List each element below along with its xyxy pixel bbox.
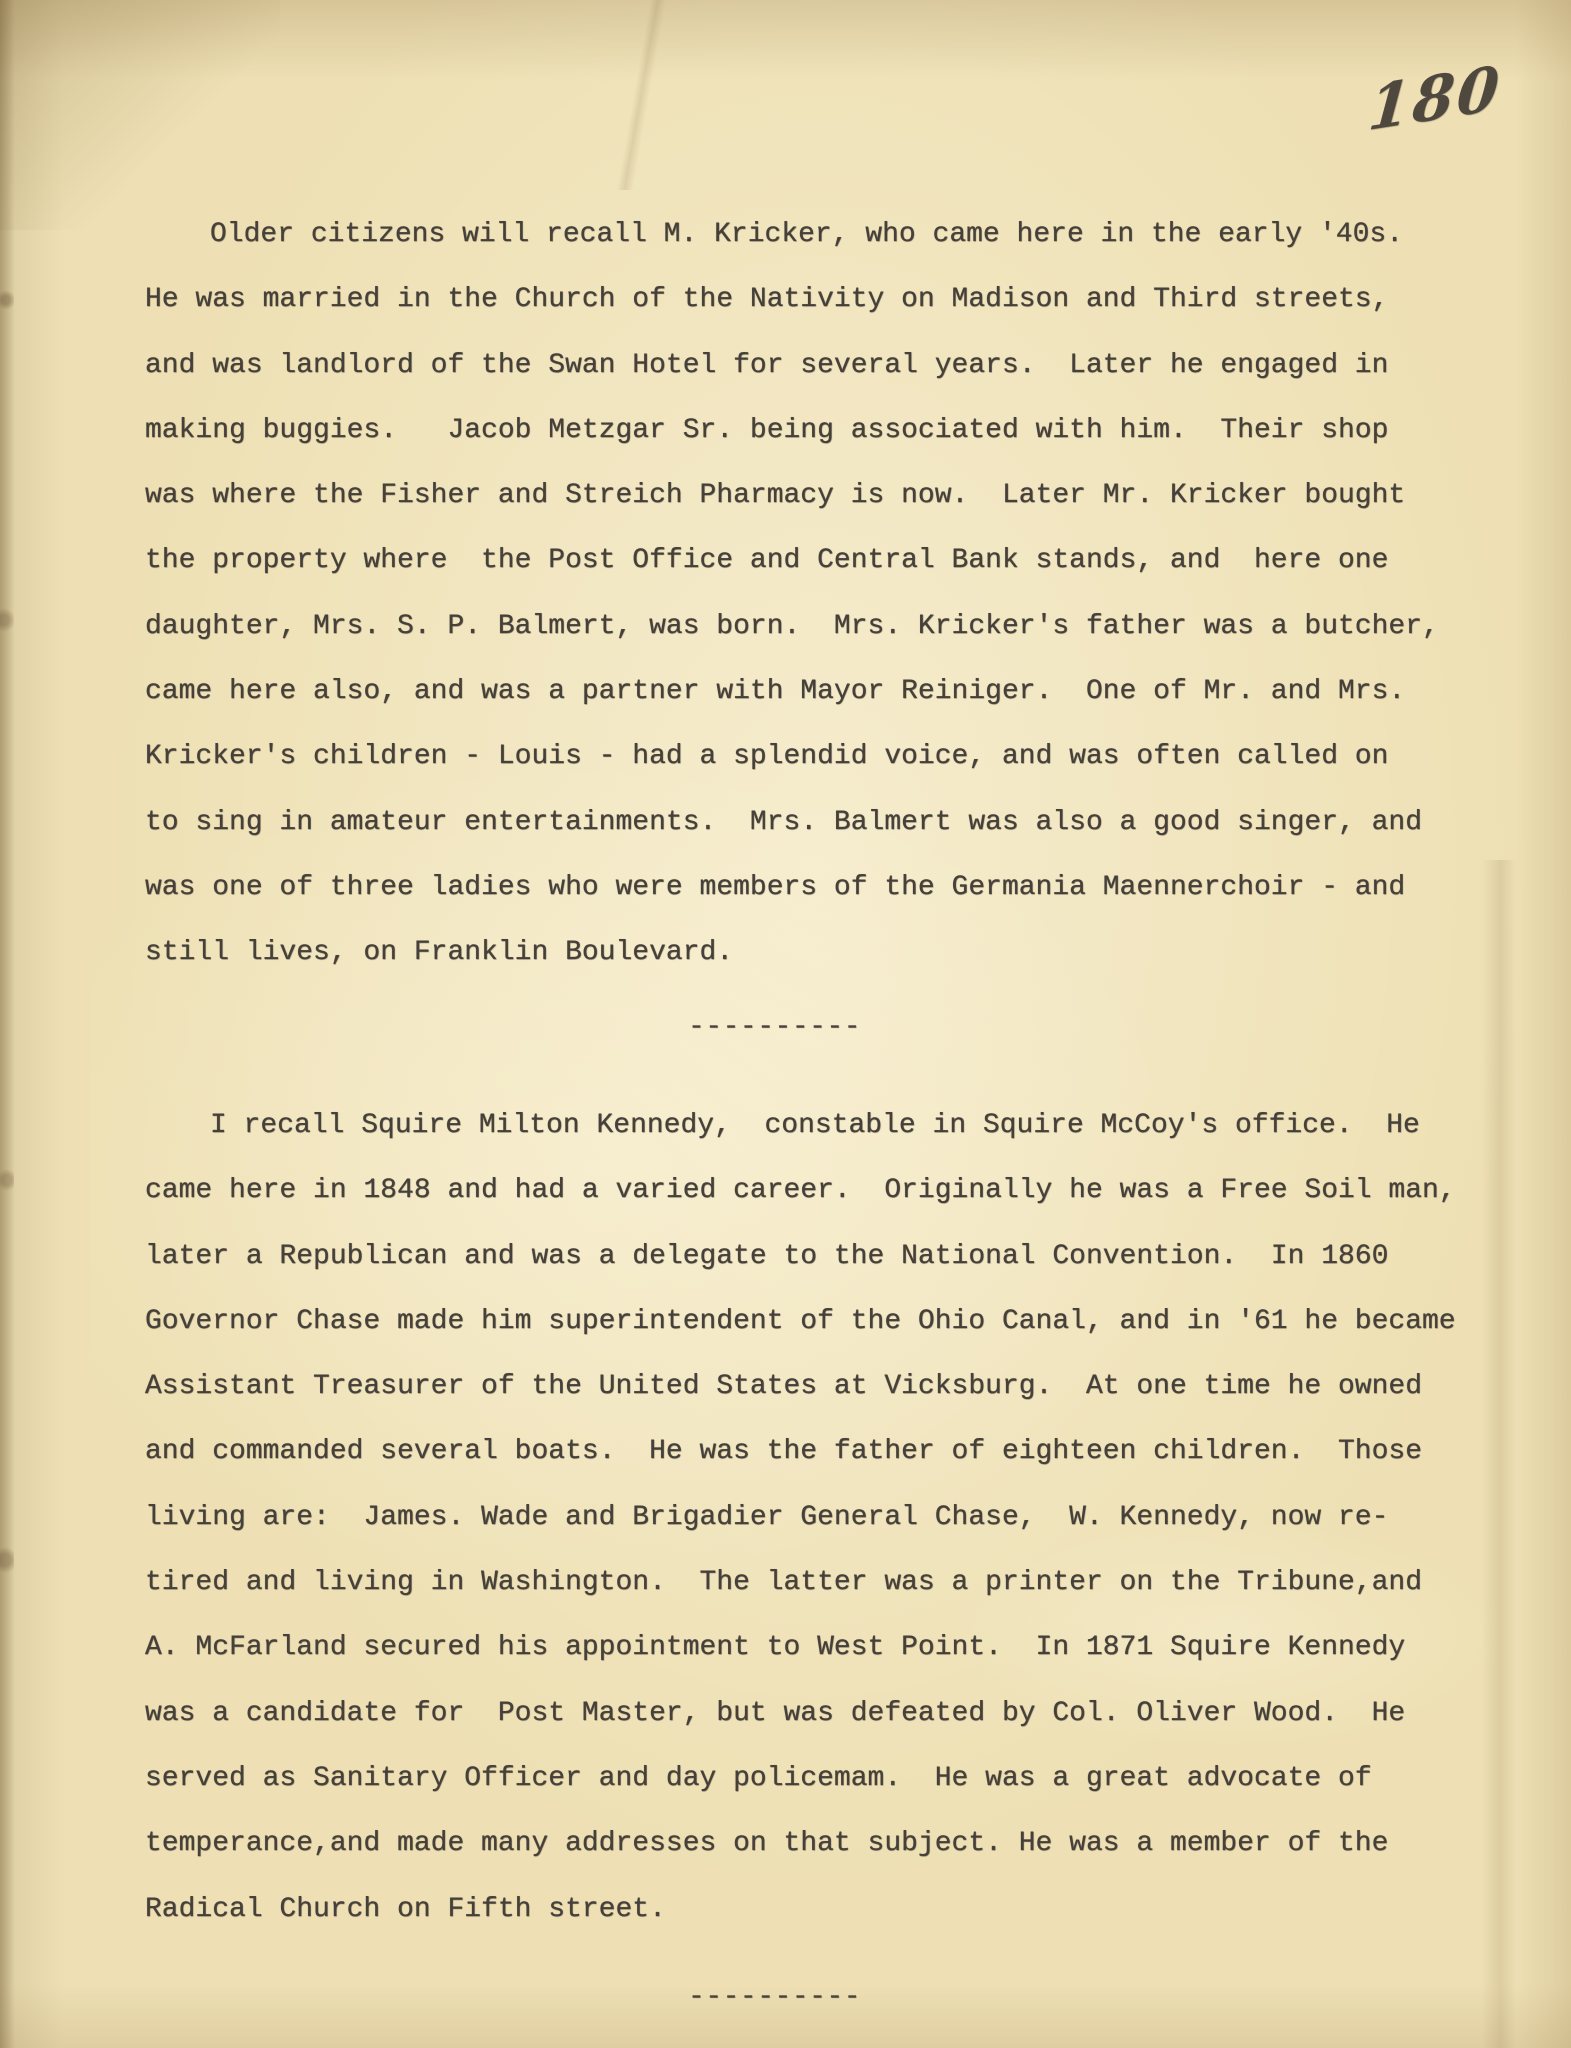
text-line: later a Republican and was a delegate to…: [145, 1224, 1456, 1289]
text-line: Governor Chase made him superintendent o…: [145, 1289, 1456, 1354]
text-line: A. McFarland secured his appointment to …: [145, 1615, 1456, 1680]
paper-crease: [1462, 860, 1532, 2048]
text-line: came here also, and was a partner with M…: [145, 659, 1439, 724]
torn-paper-edge: [0, 0, 14, 2048]
text-line: and was landlord of the Swan Hotel for s…: [145, 333, 1439, 398]
text-line: tired and living in Washington. The latt…: [145, 1550, 1456, 1615]
text-line: Kricker's children - Louis - had a splen…: [145, 724, 1439, 789]
text-line: was a candidate for Post Master, but was…: [145, 1681, 1456, 1746]
paragraph-kricker: Older citizens will recall M. Kricker, w…: [145, 202, 1439, 986]
text-line: Older citizens will recall M. Kricker, w…: [145, 202, 1439, 267]
paper-fold-crease: [0, 0, 280, 230]
text-line: He was married in the Church of the Nati…: [145, 267, 1439, 332]
text-line: making buggies. Jacob Metzgar Sr. being …: [145, 398, 1439, 463]
text-line: living are: James. Wade and Brigadier Ge…: [145, 1485, 1456, 1550]
text-line: and commanded several boats. He was the …: [145, 1419, 1456, 1484]
paper-crease: [596, 0, 686, 190]
text-line: Radical Church on Fifth street.: [145, 1877, 1456, 1942]
text-line: temperance,and made many addresses on th…: [145, 1811, 1456, 1876]
text-line: served as Sanitary Officer and day polic…: [145, 1746, 1456, 1811]
manuscript-page: 180 Older citizens will recall M. Kricke…: [0, 0, 1571, 2048]
text-line: was where the Fisher and Streich Pharmac…: [145, 463, 1439, 528]
text-line: the property where the Post Office and C…: [145, 528, 1439, 593]
text-line: was one of three ladies who were members…: [145, 855, 1439, 920]
paragraph-kennedy: I recall Squire Milton Kennedy, constabl…: [145, 1093, 1456, 1942]
section-separator-dashes: ----------: [688, 1982, 861, 2014]
text-line: came here in 1848 and had a varied caree…: [145, 1158, 1456, 1223]
section-separator-dashes: ----------: [688, 1012, 861, 1044]
text-line: I recall Squire Milton Kennedy, constabl…: [145, 1093, 1456, 1158]
text-line: daughter, Mrs. S. P. Balmert, was born. …: [145, 594, 1439, 659]
text-line: Assistant Treasurer of the United States…: [145, 1354, 1456, 1419]
page-number-handwritten: 180: [1366, 53, 1505, 146]
text-line: to sing in amateur entertainments. Mrs. …: [145, 790, 1439, 855]
text-line: still lives, on Franklin Boulevard.: [145, 920, 1439, 985]
